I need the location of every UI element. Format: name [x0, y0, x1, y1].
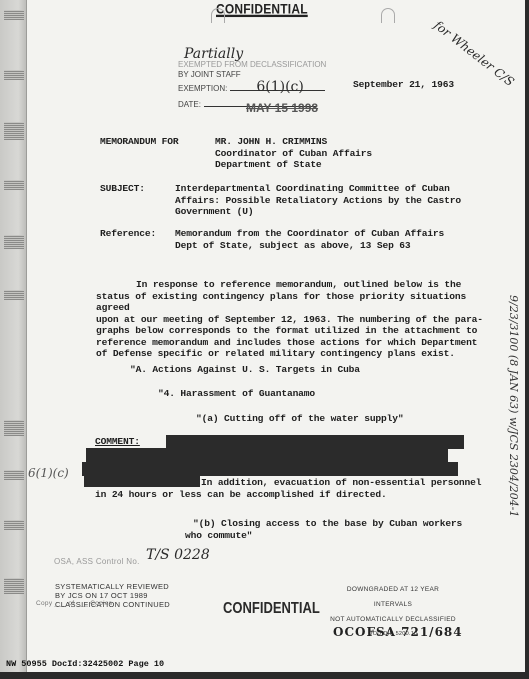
document-page: CONFIDENTIAL for Wheeler C/S Partially E…: [0, 0, 525, 672]
side-handwritten-note: 9/23/3100 (8 JAN 63) w/JCS 2304/204-1: [507, 295, 520, 517]
punch-hole-left: [211, 8, 225, 23]
memo-recipient: MR. JOHN H. CRIMMINS Coordinator of Cuba…: [215, 136, 372, 171]
control-number: T/S 0228: [146, 547, 210, 563]
body-paragraph: In response to reference memorandum, out…: [96, 279, 496, 360]
redaction-exemption-note: 6(1)(c): [28, 466, 69, 480]
comment-text-line1: In addition, evacuation of non-essential…: [201, 477, 481, 488]
memo-for-label: MEMORANDUM FOR: [100, 136, 179, 147]
subject-text: Interdepartmental Coordinating Committee…: [175, 183, 461, 218]
redaction-block: [166, 435, 464, 449]
punch-hole-right: [381, 8, 395, 23]
reference-text: Memorandum from the Coordinator of Cuban…: [175, 228, 444, 251]
classification-top: CONFIDENTIAL: [216, 1, 308, 17]
reference-label: Reference:: [100, 228, 156, 239]
item-4b: "(b) Closing access to the base by Cuban…: [193, 518, 462, 541]
item-4-heading: "4. Harassment of Guantanamo: [158, 388, 315, 399]
page-footer: NW 50955 DocId:32425002 Page 10: [6, 659, 164, 669]
classification-bottom: CONFIDENTIAL: [223, 599, 320, 617]
section-a-heading: "A. Actions Against U. S. Targets in Cub…: [130, 364, 360, 375]
subject-label: SUBJECT:: [100, 183, 145, 194]
redaction-block: [84, 474, 200, 487]
exemption-value: 6(1)(c): [256, 82, 304, 92]
ocofsa-number: OCOFSA 721/684: [333, 625, 463, 639]
declass-date-stamp: MAY 15 1998: [246, 101, 318, 115]
scan-edge-strip: [0, 0, 27, 672]
copy-count: Copy ___ of ___ Copies: [36, 600, 112, 607]
item-4a: "(a) Cutting off of the water supply": [196, 413, 403, 424]
memo-date: September 21, 1963: [353, 79, 454, 90]
control-stamp: OSA, ASS Control No.: [54, 557, 140, 566]
comment-label: COMMENT:: [95, 436, 140, 447]
comment-text-line2: in 24 hours or less can be accomplished …: [95, 489, 387, 500]
